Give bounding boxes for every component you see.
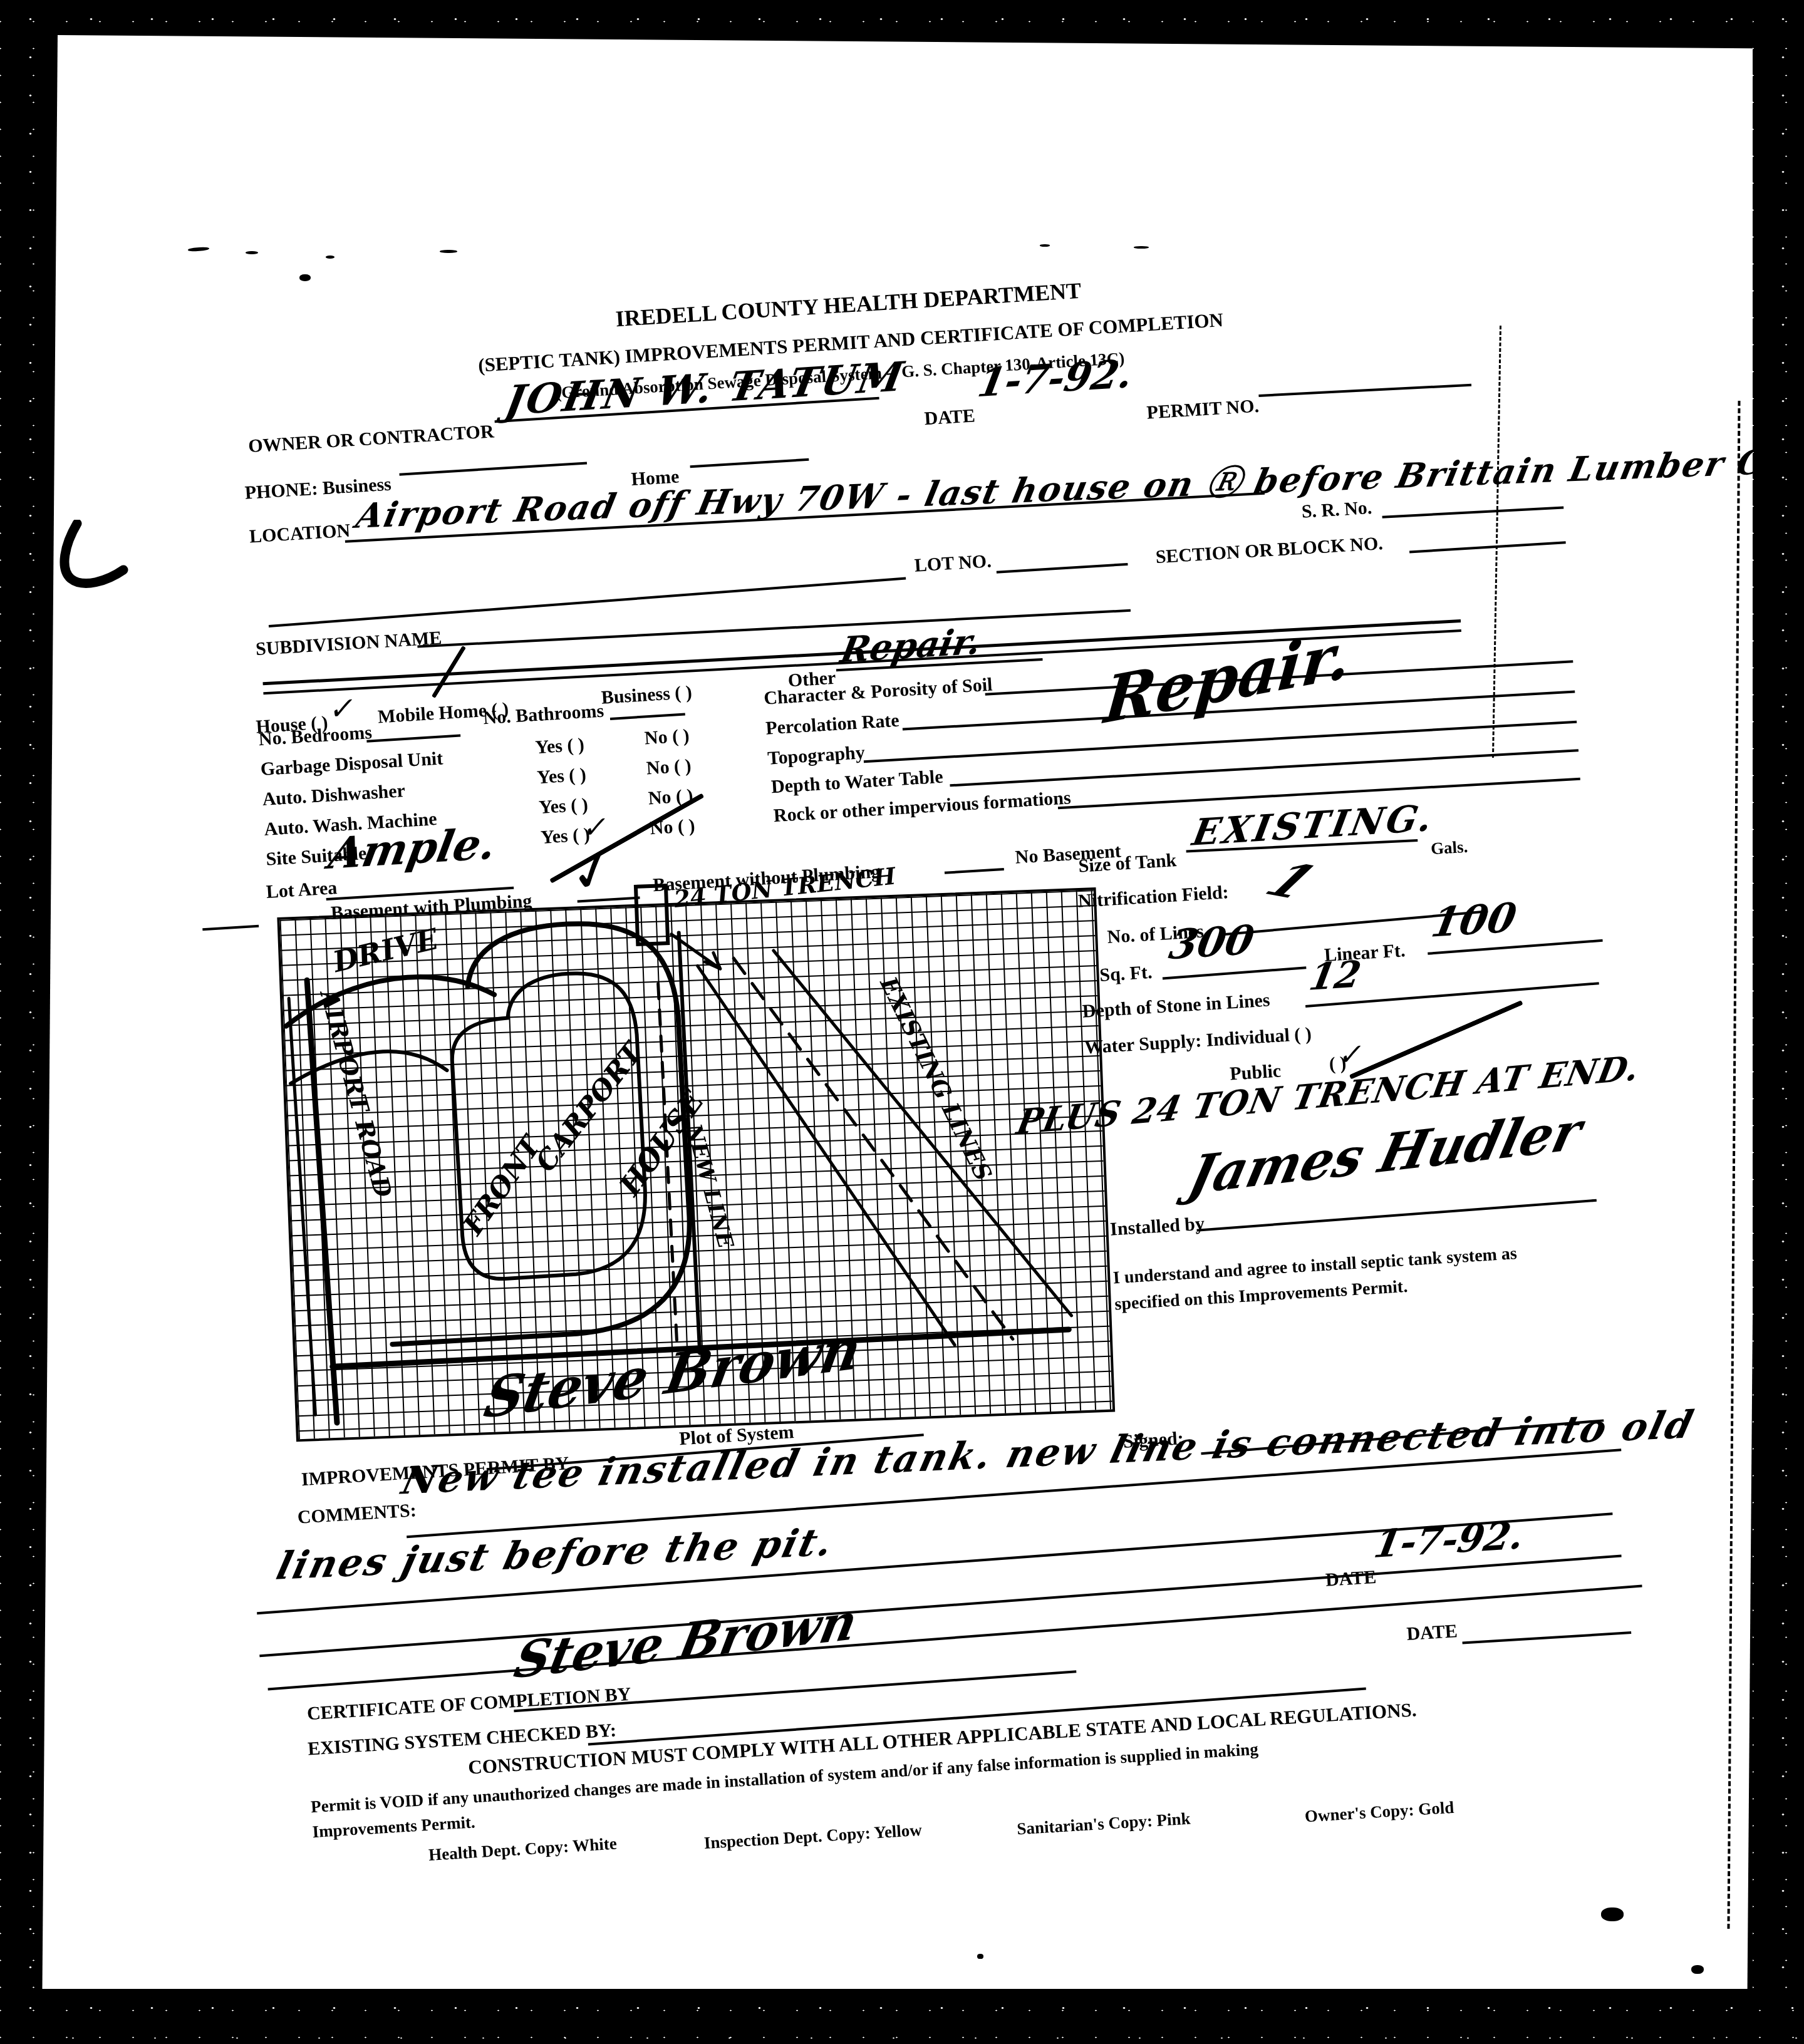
installer-agreement-text: I understand and agree to install septic…: [1112, 1238, 1566, 1318]
lot-area-value: Ample.: [325, 818, 500, 879]
sqft-line: [1163, 966, 1307, 979]
location-field-value: Airport Road off Hwy 70W - last house on…: [353, 434, 1804, 538]
permit-no-label: PERMIT NO.: [1146, 396, 1260, 424]
scan-speck: [246, 251, 258, 254]
stone-depth-label: Depth of Stone in Lines: [1082, 989, 1271, 1022]
water-supply-label: Water Supply: Individual ( ): [1084, 1023, 1312, 1058]
sr-no-label: S. R. No.: [1301, 497, 1372, 523]
permit-no-line: [1258, 384, 1471, 397]
dishwasher-yes: Yes ( ): [536, 764, 586, 788]
scan-speck: [977, 1954, 983, 1959]
phone-home-line: [690, 458, 809, 468]
section-block-label: SECTION OR BLOCK NO.: [1155, 533, 1384, 568]
gals-label: Gals.: [1430, 837, 1468, 859]
bathrooms-line: [610, 713, 685, 720]
garbage-yes: Yes ( ): [535, 735, 585, 759]
location-field-label: LOCATION: [249, 520, 351, 548]
no-basement-line: [945, 868, 1004, 874]
scan-speck: [1601, 1907, 1624, 1921]
phone-business-line: [399, 462, 587, 475]
dishwasher-no: No ( ): [646, 755, 692, 779]
scan-border-top: [0, 0, 1804, 40]
installed-by-label: Installed by: [1109, 1213, 1205, 1240]
percolation-label: Percolation Rate: [765, 710, 899, 740]
certificate-signature: Steve Brown: [510, 1592, 863, 1690]
scan-speck: [326, 255, 334, 259]
installed-by-line: [1196, 1199, 1596, 1232]
house-check-mark: ✓: [327, 690, 359, 727]
washer-yes: Yes ( ): [538, 794, 588, 818]
depth-water-label: Depth to Water Table: [770, 766, 943, 798]
public-check-mark: ✓: [1337, 1036, 1367, 1072]
comments-line2: lines just before the pit.: [272, 1520, 839, 1589]
subdivision-label: SUBDIVISION NAME: [255, 627, 442, 660]
lot-no-label: LOT NO.: [914, 550, 992, 576]
dishwasher-label: Auto. Dishwasher: [262, 780, 406, 810]
sr-no-line: [1382, 507, 1564, 519]
date-field-label: DATE: [924, 405, 976, 430]
completion-date-label: DATE: [1325, 1567, 1377, 1591]
scan-border-right: [1753, 0, 1804, 2044]
footer-sanitarian-copy: Sanitarian's Copy: Pink: [1017, 1809, 1191, 1839]
topography-label: Topography: [767, 742, 865, 769]
date-field-value: 1-7-92.: [974, 350, 1136, 406]
completion-date-value: 1-7-92.: [1371, 1514, 1527, 1567]
lines-count-value: 1: [1254, 853, 1328, 910]
comments-label: COMMENTS:: [297, 1500, 417, 1529]
scan-border-bottom: [0, 1989, 1804, 2044]
void-note-line2: Improvements Permit.: [312, 1812, 476, 1842]
depth-water-line: [950, 749, 1578, 787]
margin-check-mark: [53, 520, 135, 601]
basement-with-line: [202, 925, 259, 931]
footer-inspection-copy: Inspection Dept. Copy: Yellow: [703, 1820, 923, 1853]
lot-no-line: [997, 563, 1128, 574]
scan-speck: [1691, 1965, 1704, 1974]
owner-field-label: OWNER OR CONTRACTOR: [247, 421, 494, 457]
sqft-label: Sq. Ft.: [1099, 962, 1153, 986]
garbage-label: Garbage Disposal Unit: [260, 748, 443, 780]
bedrooms-line: [366, 735, 460, 743]
stone-depth-value: 12: [1306, 952, 1364, 999]
location-second-line: [269, 577, 906, 627]
linear-ft-value: 100: [1428, 894, 1520, 947]
scan-speck: [440, 250, 457, 253]
type-business-label: Business ( ): [601, 682, 693, 709]
footer-health-copy: Health Dept. Copy: White: [428, 1834, 617, 1865]
scanned-permit-document: IREDELL COUNTY HEALTH DEPARTMENT (SEPTIC…: [0, 0, 1804, 2044]
sqft-value: 300: [1166, 916, 1258, 969]
certificate-date-line: [1462, 1631, 1631, 1644]
nitrification-label: Nitrification Field:: [1077, 882, 1229, 912]
certificate-date-label: DATE: [1406, 1621, 1458, 1645]
garbage-no: No ( ): [644, 725, 690, 749]
section-block-line: [1409, 541, 1566, 553]
